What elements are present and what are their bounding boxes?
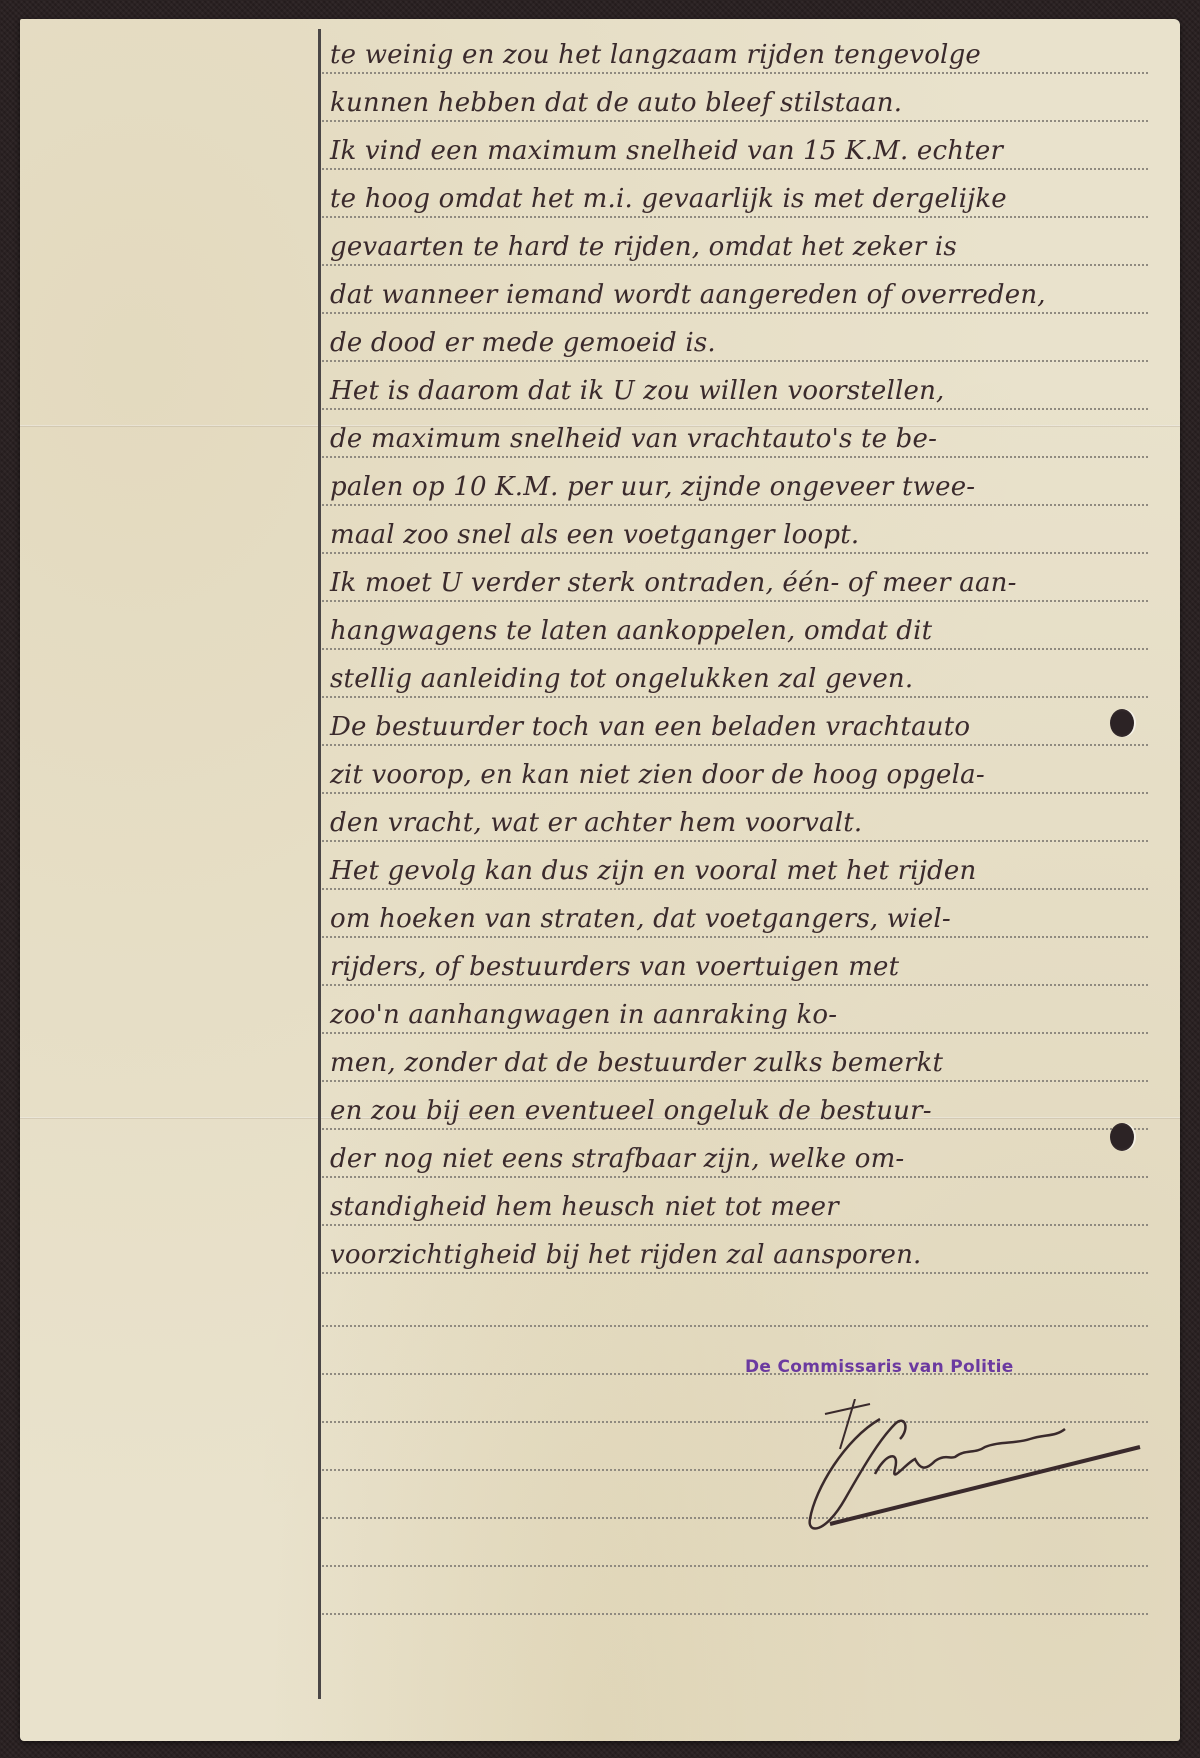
handwritten-text: zoo'n aanhangwagen in aanraking ko- [330,1000,837,1030]
handwritten-text: voorzichtigheid bij het rijden zal aansp… [330,1240,921,1270]
text-line: De bestuurder toch van een beladen vrach… [322,698,1148,746]
blank-line [322,1567,1148,1615]
margin-rule [318,29,321,1699]
handwritten-text: palen op 10 K.M. per uur, zijnde ongevee… [330,472,975,502]
text-line: Het gevolg kan dus zijn en vooral met he… [322,842,1148,890]
handwritten-text: maal zoo snel als een voetganger loopt. [330,520,859,550]
handwritten-text: hangwagens te laten aankoppelen, omdat d… [330,616,932,646]
official-stamp: De Commissaris van Politie [745,1357,1014,1377]
text-line: palen op 10 K.M. per uur, zijnde ongevee… [322,458,1148,506]
handwritten-text: Ik vind een maximum snelheid van 15 K.M.… [330,136,1003,166]
handwritten-text: om hoeken van straten, dat voetgangers, … [330,904,951,934]
text-line: den vracht, wat er achter hem voorvalt. [322,794,1148,842]
text-line: stellig aanleiding tot ongelukken zal ge… [322,650,1148,698]
handwritten-text: Ik moet U verder sterk ontraden, één- of… [330,568,1017,598]
handwritten-text: De bestuurder toch van een beladen vrach… [330,712,970,742]
handwritten-text: men, zonder dat de bestuurder zulks beme… [330,1048,943,1078]
text-line: Ik moet U verder sterk ontraden, één- of… [322,554,1148,602]
text-line: dat wanneer iemand wordt aangereden of o… [322,266,1148,314]
text-line: kunnen hebben dat de auto bleef stilstaa… [322,74,1148,122]
handwritten-text: en zou bij een eventueel ongeluk de best… [330,1096,932,1126]
punch-hole [1110,709,1134,737]
text-line: de dood er mede gemoeid is. [322,314,1148,362]
text-line: te hoog omdat het m.i. gevaarlijk is met… [322,170,1148,218]
handwritten-text: der nog niet eens strafbaar zijn, welke … [330,1144,904,1174]
letter-page: te weinig en zou het langzaam rijden ten… [20,19,1180,1741]
text-line: gevaarten te hard te rijden, omdat het z… [322,218,1148,266]
text-line: maal zoo snel als een voetganger loopt. [322,506,1148,554]
handwritten-text: standigheid hem heusch niet tot meer [330,1192,839,1222]
handwritten-text: kunnen hebben dat de auto bleef stilstaa… [330,88,902,118]
handwritten-text: Het is daarom dat ik U zou willen voorst… [330,376,945,406]
handwritten-text: Het gevolg kan dus zijn en vooral met he… [330,856,976,886]
text-line: de maximum snelheid van vrachtauto's te … [322,410,1148,458]
handwritten-text: te weinig en zou het langzaam rijden ten… [330,40,981,70]
text-line: om hoeken van straten, dat voetgangers, … [322,890,1148,938]
text-line: en zou bij een eventueel ongeluk de best… [322,1082,1148,1130]
punch-hole [1110,1123,1134,1151]
text-line: rijders, of bestuurders van voertuigen m… [322,938,1148,986]
handwritten-text: stellig aanleiding tot ongelukken zal ge… [330,664,913,694]
text-line: zit voorop, en kan niet zien door de hoo… [322,746,1148,794]
handwritten-text: dat wanneer iemand wordt aangereden of o… [330,280,1046,310]
text-line: standigheid hem heusch niet tot meer [322,1178,1148,1226]
handwritten-text: de dood er mede gemoeid is. [330,328,716,358]
text-line: Ik vind een maximum snelheid van 15 K.M.… [322,122,1148,170]
signature [785,1399,1165,1539]
text-line: der nog niet eens strafbaar zijn, welke … [322,1130,1148,1178]
text-line: men, zonder dat de bestuurder zulks beme… [322,1034,1148,1082]
handwritten-text: zit voorop, en kan niet zien door de hoo… [330,760,985,790]
text-line: Het is daarom dat ik U zou willen voorst… [322,362,1148,410]
handwritten-text: de maximum snelheid van vrachtauto's te … [330,424,937,454]
handwritten-text: rijders, of bestuurders van voertuigen m… [330,952,899,982]
handwritten-text: den vracht, wat er achter hem voorvalt. [330,808,862,838]
text-line: hangwagens te laten aankoppelen, omdat d… [322,602,1148,650]
blank-line [322,1279,1148,1327]
handwritten-text: te hoog omdat het m.i. gevaarlijk is met… [330,184,1007,214]
blank-line [322,1327,1148,1375]
text-line: voorzichtigheid bij het rijden zal aansp… [322,1226,1148,1274]
handwritten-text: gevaarten te hard te rijden, omdat het z… [330,232,957,262]
text-line: te weinig en zou het langzaam rijden ten… [322,26,1148,74]
text-line: zoo'n aanhangwagen in aanraking ko- [322,986,1148,1034]
